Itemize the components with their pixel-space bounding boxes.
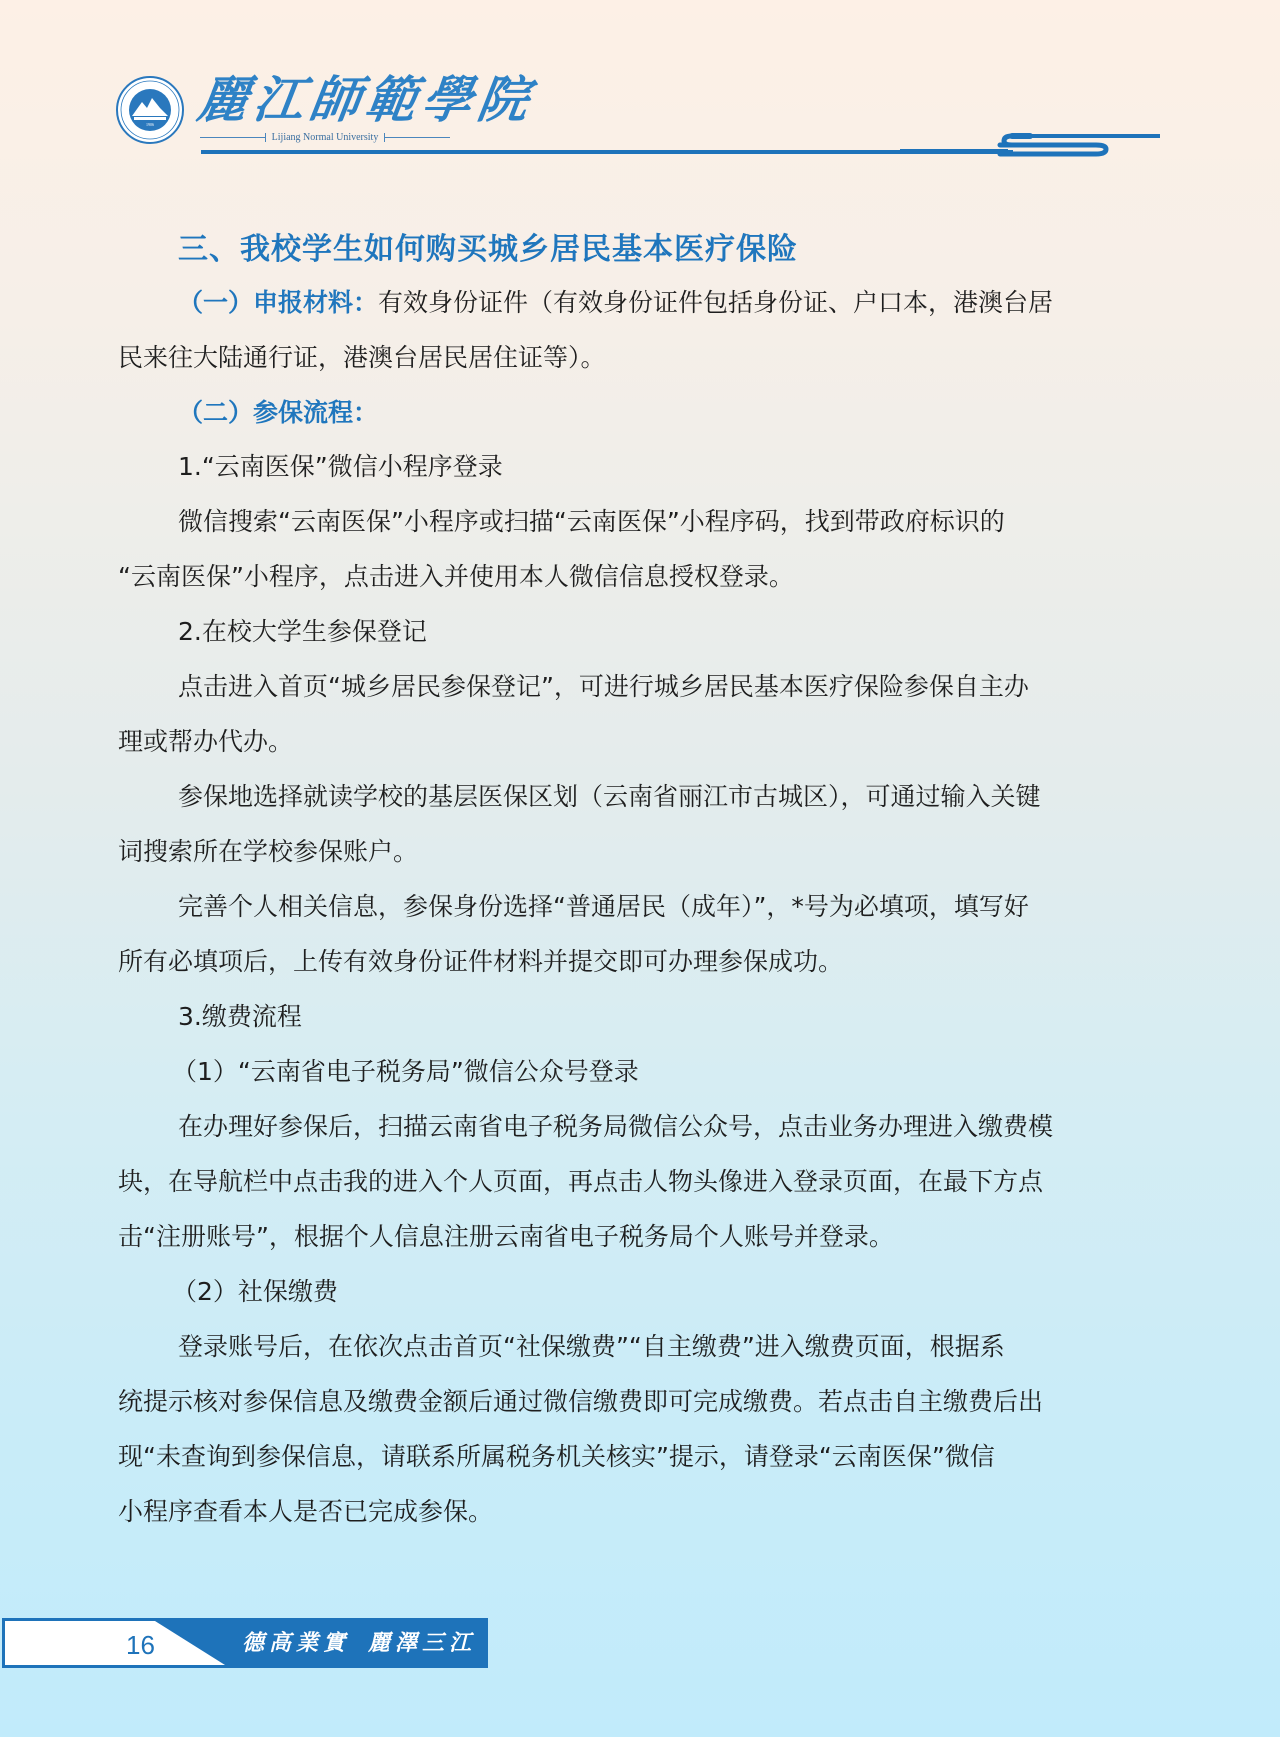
substep-1-paragraph-line-3: 击“注册账号”，根据个人信息注册云南省电子税务局个人账号并登录。 (118, 1220, 894, 1254)
mountain-emblem-icon: 1906 (118, 78, 182, 142)
step-2-paragraph-2-line-1: 参保地选择就读学校的基层医保区划（云南省丽江市古城区），可通过输入关键 (178, 780, 1041, 814)
step-2-paragraph-1-line-2: 理或帮办代办。 (118, 725, 293, 759)
materials-paragraph-line-1: （一）申报材料：有效身份证件（有效身份证件包括身份证、户口本，港澳台居 (178, 286, 1053, 320)
substep-2-paragraph-line-4: 小程序查看本人是否已完成参保。 (118, 1495, 493, 1529)
substep-1-paragraph-line-2: 块，在导航栏中点击我的进入个人页面，再点击人物头像进入登录页面，在最下方点 (118, 1165, 1043, 1199)
university-name-english-row: Lijiang Normal University (200, 128, 450, 146)
university-name-english: Lijiang Normal University (272, 132, 379, 143)
step-2-paragraph-2-line-2: 词搜索所在学校参保账户。 (118, 835, 418, 869)
substep-2-heading: （2）社保缴费 (172, 1275, 338, 1309)
step-1-heading: 1.“云南医保”微信小程序登录 (178, 450, 503, 484)
svg-text:1906: 1906 (146, 122, 154, 127)
divider (200, 137, 266, 138)
university-motto: 德高業實麗澤三江 (242, 1626, 476, 1657)
page-header: 1906 麗江師範學院 Lijiang Normal University (0, 0, 1280, 170)
substep-2-paragraph-line-2: 统提示核对参保信息及缴费金额后通过微信缴费即可完成缴费。若点击自主缴费后出 (118, 1385, 1043, 1419)
university-seal-logo: 1906 (116, 76, 184, 144)
substep-2-paragraph-line-3: 现“未查询到参保信息，请联系所属税务机关核实”提示，请登录“云南医保”微信 (118, 1440, 995, 1474)
process-label: （二）参保流程： (178, 396, 378, 430)
step-2-paragraph-3-line-2: 所有必填项后，上传有效身份证件材料并提交即可办理参保成功。 (118, 945, 843, 979)
substep-1-paragraph-line-1: 在办理好参保后，扫描云南省电子税务局微信公众号，点击业务办理进入缴费模 (178, 1110, 1053, 1144)
section-title: 三、我校学生如何购买城乡居民基本医疗保险 (178, 230, 798, 270)
substep-1-heading: （1）“云南省电子税务局”微信公众号登录 (172, 1055, 639, 1089)
substep-2-paragraph-line-1: 登录账号后，在依次点击首页“社保缴费”“自主缴费”进入缴费页面，根据系 (178, 1330, 1005, 1364)
divider (384, 137, 450, 138)
step-1-paragraph-line-1: 微信搜索“云南医保”小程序或扫描“云南医保”小程序码，找到带政府标识的 (178, 505, 1005, 539)
step-2-paragraph-1-line-1: 点击进入首页“城乡居民参保登记”，可进行城乡居民基本医疗保险参保自主办 (178, 670, 1029, 704)
step-2-heading: 2.在校大学生参保登记 (178, 615, 427, 649)
step-2-paragraph-3-line-1: 完善个人相关信息，参保身份选择“普通居民（成年）”，*号为必填项，填写好 (178, 890, 1029, 924)
motto-part-1: 德高業實 (242, 1630, 350, 1656)
page-number: 16 (126, 1630, 155, 1661)
materials-paragraph-line-2: 民来往大陆通行证，港澳台居民居住证等）。 (118, 341, 606, 375)
page-footer: 16 德高業實麗澤三江 (2, 1618, 488, 1668)
motto-part-2: 麗澤三江 (368, 1630, 476, 1656)
materials-label: （一）申报材料： (178, 288, 378, 317)
header-rule (201, 150, 1013, 154)
header-swoosh-ornament (900, 128, 1160, 158)
university-name-chinese: 麗江師範學院 (194, 70, 538, 130)
step-1-paragraph-line-2: “云南医保”小程序，点击进入并使用本人微信信息授权登录。 (118, 560, 794, 594)
materials-text: 有效身份证件（有效身份证件包括身份证、户口本，港澳台居 (378, 288, 1053, 317)
step-3-heading: 3.缴费流程 (178, 1000, 302, 1034)
